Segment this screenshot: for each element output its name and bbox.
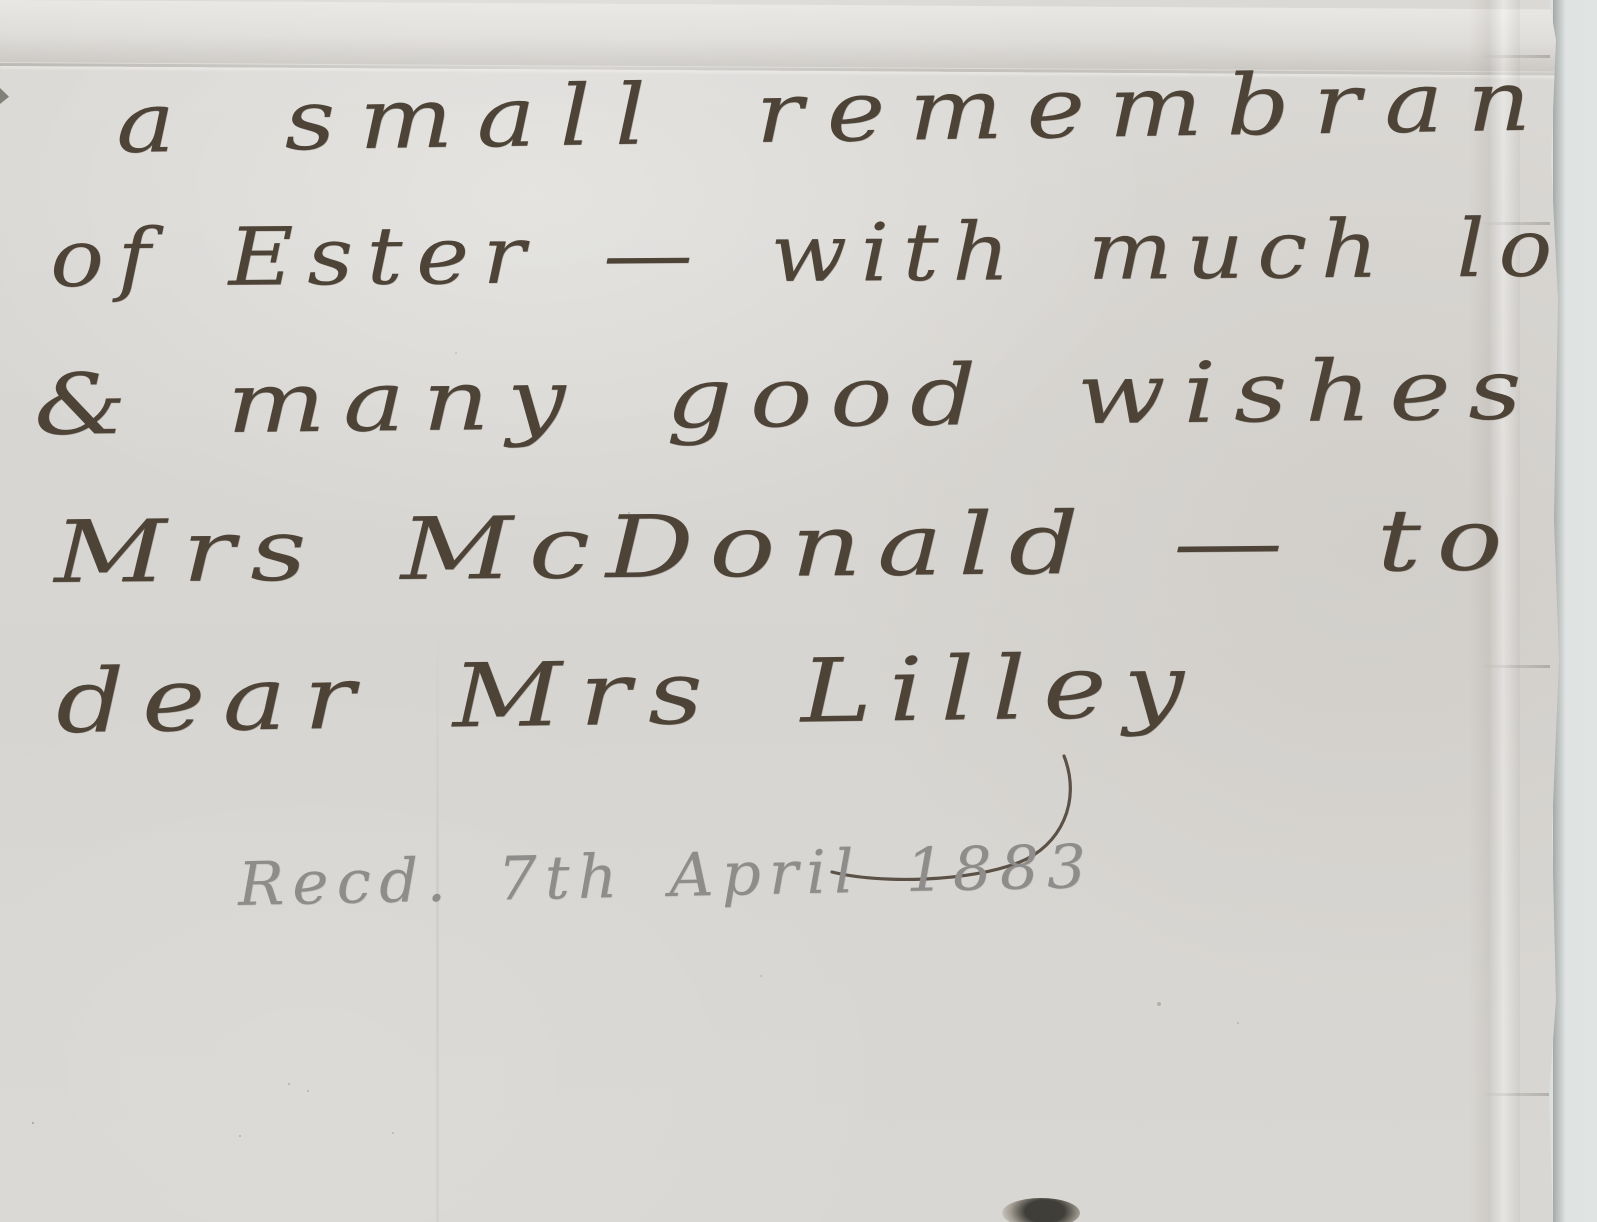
letter-scan: a small remembrance of Ester — with much…	[0, 0, 1597, 1222]
handwriting-line-3: & many good wishes from	[33, 336, 1597, 454]
letter-paper: a small remembrance of Ester — with much…	[0, 0, 1562, 1222]
handwriting-line-5: dear Mrs Lilley	[55, 634, 1202, 753]
ink-blot	[1002, 1198, 1080, 1222]
left-edge-fold-sliver	[0, 88, 9, 104]
paper-specks	[0, 0, 2, 2]
edge-crease-mark	[1480, 665, 1550, 668]
handwriting-line-4: Mrs McDonald — to	[54, 490, 1519, 603]
edge-crease-mark	[1480, 1093, 1550, 1096]
right-fold-crease	[1468, 0, 1520, 1222]
handwriting-line-2: of Ester — with much love	[50, 201, 1597, 305]
